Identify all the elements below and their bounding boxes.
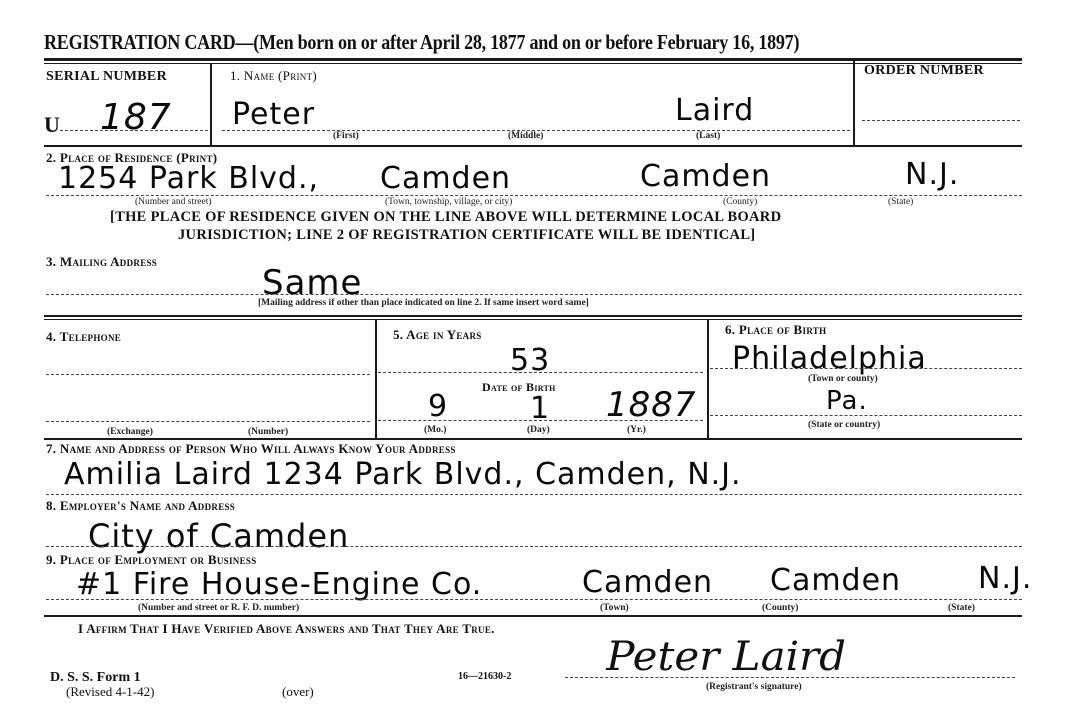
employment-street: #1 Fire House-Engine Co. [76, 570, 482, 600]
residence-street-sublabel: (Number and street) [135, 197, 212, 207]
employment-county: Camden [770, 566, 901, 596]
over-note: (over) [282, 684, 314, 700]
title-rule [44, 58, 1022, 61]
mailing-sublabel: [Mailing address if other than place ind… [258, 298, 589, 308]
employment-state: N.J. [978, 564, 1032, 594]
serial-number-value: 187 [100, 100, 172, 136]
telephone-exchange-sublabel: (Exchange) [107, 427, 153, 437]
card-title: REGISTRATION CARD—(Men born on or after … [44, 30, 799, 55]
employment-state-sublabel: (State) [948, 603, 975, 613]
residence-street: 1254 Park Blvd., [58, 164, 319, 194]
row3-bottom-rule [44, 315, 1022, 317]
residence-notice-line2: JURISDICTION; LINE 2 OF REGISTRATION CER… [178, 227, 755, 244]
employment-town-sublabel: (Town) [600, 603, 629, 613]
age-divider [707, 320, 709, 438]
signature-line [565, 677, 1015, 678]
age-line [378, 372, 703, 373]
residence-state-sublabel: (State) [888, 197, 913, 207]
birthplace-town-line [710, 368, 1022, 369]
telephone-label: 4. Telephone [46, 329, 121, 345]
birthplace-state-line [710, 415, 1022, 416]
telephone-number-sublabel: (Number) [248, 427, 288, 437]
dob-month: 9 [428, 392, 448, 422]
dob-line [378, 420, 703, 421]
name-first: Peter [232, 100, 315, 130]
dob-day-sublabel: (Day) [527, 425, 550, 435]
age-label: 5. Age in Years [393, 327, 482, 343]
employment-street-sublabel: (Number and street or R. F. D. number) [138, 603, 299, 613]
employment-label: 9. Place of Employment or Business [46, 552, 257, 568]
residence-county-sublabel: (County) [723, 197, 757, 207]
row1-bottom-rule [44, 145, 1022, 147]
residence-county: Camden [640, 162, 771, 192]
row3-bottom-rule-2 [44, 319, 1022, 320]
form-revised: (Revised 4-1-42) [66, 684, 154, 700]
serial-prefix: U [44, 112, 60, 138]
telephone-divider [375, 320, 377, 438]
contact-line [46, 494, 1022, 495]
residence-notice-line1: [THE PLACE OF RESIDENCE GIVEN ON THE LIN… [110, 209, 781, 226]
name-first-sublabel: (First) [333, 131, 359, 141]
name-middle-sublabel: (Middle) [508, 131, 543, 141]
name-label: 1. Name (Print) [230, 68, 317, 84]
employment-county-sublabel: (County) [762, 603, 798, 613]
birthplace-label: 6. Place of Birth [725, 322, 826, 338]
contact-value: Amilia Laird 1234 Park Blvd., Camden, N.… [64, 460, 742, 490]
employer-line [46, 546, 1022, 547]
mailing-line [46, 294, 1022, 295]
employment-town: Camden [582, 568, 713, 598]
birthplace-town: Philadelphia [732, 344, 927, 374]
order-divider [853, 58, 855, 146]
residence-town: Camden [380, 164, 511, 194]
employment-line [46, 599, 1022, 600]
residence-line [46, 195, 1022, 196]
dob-year: 1887 [606, 388, 697, 422]
row6-bottom-rule [44, 438, 1022, 440]
birthplace-town-sublabel: (Town or county) [808, 374, 878, 384]
mailing-address-label: 3. Mailing Address [46, 254, 157, 270]
signature-sublabel: (Registrant's signature) [706, 682, 802, 692]
order-number-label: ORDER NUMBER [864, 63, 984, 79]
employer-value: City of Camden [88, 520, 349, 552]
serial-number-label: SERIAL NUMBER [46, 69, 167, 85]
birthplace-state-sublabel: (State or country) [808, 420, 880, 430]
registrant-signature: Peter Laird [606, 634, 846, 680]
telephone-number-line [46, 421, 370, 422]
print-code: 16—21630-2 [458, 671, 511, 682]
residence-town-sublabel: (Town, township, village, or city) [385, 197, 512, 207]
dob-month-sublabel: (Mo.) [424, 425, 446, 435]
name-last-sublabel: (Last) [696, 131, 720, 141]
order-number-line [862, 120, 1020, 121]
dob-year-sublabel: (Yr.) [627, 425, 646, 435]
row9-bottom-rule [44, 615, 1022, 617]
serial-divider [210, 64, 212, 146]
affirmation-text: I Affirm That I Have Verified Above Answ… [78, 621, 495, 637]
employer-label: 8. Employer's Name and Address [46, 498, 235, 514]
name-last: Laird [675, 96, 754, 126]
birthplace-state: Pa. [826, 388, 868, 414]
telephone-exchange-line [46, 374, 370, 375]
contact-label: 7. Name and Address of Person Who Will A… [46, 441, 456, 457]
residence-state: N.J. [905, 160, 959, 190]
